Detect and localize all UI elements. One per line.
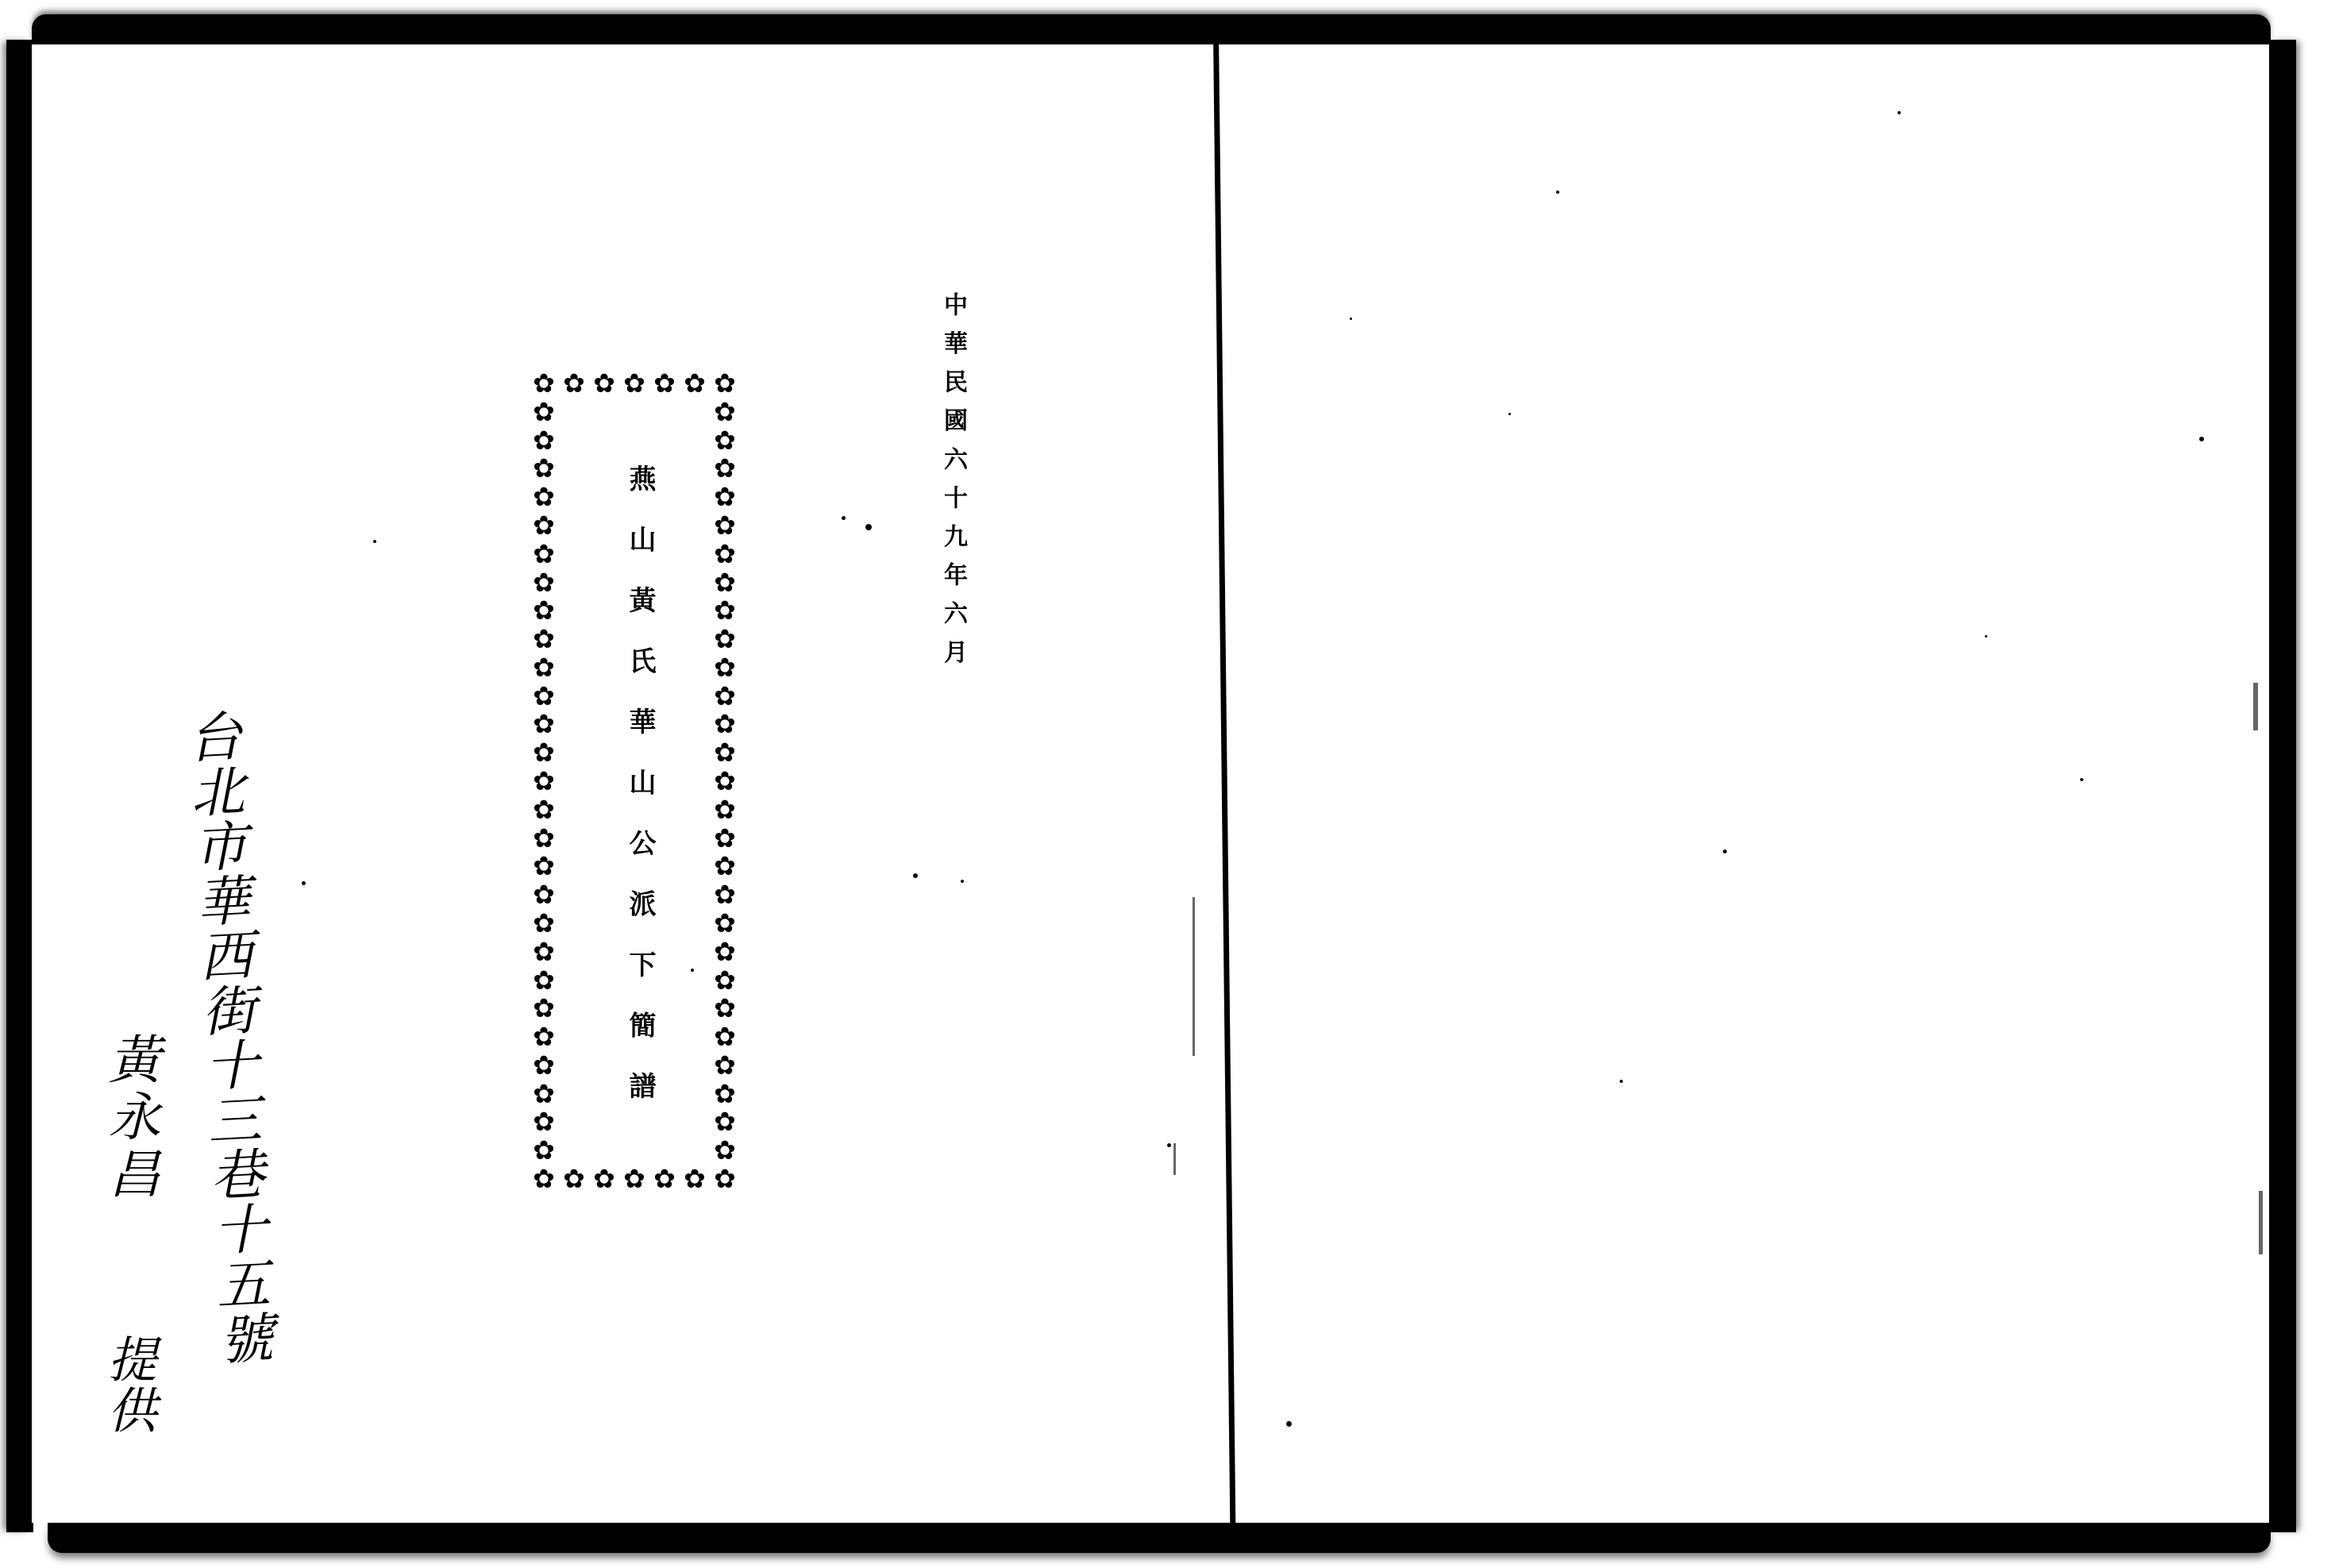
scanned-spread: ✿✿✿✿✿✿✿✿✿✿✿✿✿✿✿✿✿✿✿✿✿✿✿✿✿✿✿✿✿✿✿✿✿✿✿✿✿✿✿✿… <box>0 0 2335 1568</box>
scan-speck <box>1985 635 1987 638</box>
plum-flower-icon: ✿ <box>681 370 708 397</box>
plum-flower-icon: ✿ <box>530 967 557 994</box>
scan-streak <box>1193 897 1195 1056</box>
plum-flower-icon: ✿ <box>711 683 738 710</box>
plum-flower-icon: ✿ <box>530 910 557 937</box>
scan-speck <box>865 524 872 530</box>
scan-speck <box>913 873 918 878</box>
plum-flower-icon: ✿ <box>711 853 738 880</box>
plum-flower-icon: ✿ <box>711 483 738 510</box>
plum-flower-icon: ✿ <box>711 711 738 738</box>
scan-speck <box>2199 437 2204 441</box>
scan-speck <box>1620 1080 1623 1083</box>
plum-flower-icon: ✿ <box>711 370 738 397</box>
scan-speck <box>1556 191 1559 194</box>
plum-flower-icon: ✿ <box>591 1165 618 1192</box>
scan-speck <box>1167 1143 1171 1147</box>
plum-flower-icon: ✿ <box>530 711 557 738</box>
plum-flower-icon: ✿ <box>711 910 738 937</box>
scan-border-right <box>2269 40 2296 1532</box>
plum-flower-icon: ✿ <box>711 1108 738 1135</box>
plum-flower-icon: ✿ <box>530 427 557 454</box>
right-page <box>1232 44 2269 1523</box>
plum-flower-icon: ✿ <box>621 1165 648 1192</box>
scan-speck <box>1898 111 1901 114</box>
scan-speck <box>961 880 964 883</box>
plum-flower-icon: ✿ <box>711 995 738 1022</box>
plum-flower-icon: ✿ <box>530 1081 557 1108</box>
plum-flower-icon: ✿ <box>711 796 738 823</box>
plum-flower-icon: ✿ <box>621 370 648 397</box>
plum-flower-icon: ✿ <box>711 512 738 539</box>
plum-flower-icon: ✿ <box>711 1165 738 1192</box>
plum-flower-icon: ✿ <box>530 825 557 852</box>
scan-speck <box>1509 413 1511 415</box>
plum-flower-icon: ✿ <box>530 626 557 653</box>
plum-flower-icon: ✿ <box>711 825 738 852</box>
plum-flower-icon: ✿ <box>711 881 738 908</box>
handwritten-name: 黃永昌 <box>103 1032 156 1204</box>
publication-date: 中華民國六十九年六月 <box>935 292 970 678</box>
plum-flower-icon: ✿ <box>530 1052 557 1079</box>
plum-flower-icon: ✿ <box>530 370 557 397</box>
scan-speck <box>2080 778 2083 781</box>
plum-flower-icon: ✿ <box>711 626 738 653</box>
plum-flower-icon: ✿ <box>561 1165 588 1192</box>
plum-flower-icon: ✿ <box>651 370 678 397</box>
plum-flower-icon: ✿ <box>530 1023 557 1050</box>
plum-flower-icon: ✿ <box>681 1165 708 1192</box>
scan-speck <box>1350 318 1352 320</box>
plum-flower-icon: ✿ <box>530 938 557 965</box>
plum-flower-icon: ✿ <box>711 1052 738 1079</box>
scan-streak <box>1173 1143 1176 1175</box>
plum-flower-icon: ✿ <box>711 654 738 681</box>
scan-border-top <box>32 14 2271 44</box>
scan-speck <box>1723 849 1727 853</box>
scan-border-left <box>6 40 33 1532</box>
plum-flower-icon: ✿ <box>530 1165 557 1192</box>
plum-flower-icon: ✿ <box>530 995 557 1022</box>
plum-flower-icon: ✿ <box>711 1023 738 1050</box>
scan-speck <box>302 881 306 885</box>
plum-flower-icon: ✿ <box>530 597 557 624</box>
plum-flower-icon: ✿ <box>530 455 557 482</box>
plum-flower-icon: ✿ <box>530 796 557 823</box>
plum-flower-icon: ✿ <box>530 1108 557 1135</box>
plum-flower-icon: ✿ <box>711 1137 738 1164</box>
plum-flower-icon: ✿ <box>530 683 557 710</box>
handwritten-provided-by: 提供 <box>103 1334 152 1435</box>
plum-flower-icon: ✿ <box>711 427 738 454</box>
plum-flower-icon: ✿ <box>711 455 738 482</box>
plum-flower-icon: ✿ <box>711 569 738 596</box>
plum-flower-icon: ✿ <box>530 654 557 681</box>
scan-speck <box>1286 1421 1292 1427</box>
scan-streak <box>2253 683 2258 730</box>
scan-speck <box>373 540 376 543</box>
plum-flower-icon: ✿ <box>530 739 557 766</box>
plum-flower-icon: ✿ <box>711 938 738 965</box>
plum-flower-icon: ✿ <box>591 370 618 397</box>
plum-flower-icon: ✿ <box>530 569 557 596</box>
scan-speck <box>691 969 694 972</box>
plum-flower-icon: ✿ <box>651 1165 678 1192</box>
plum-flower-icon: ✿ <box>711 967 738 994</box>
plum-flower-icon: ✿ <box>530 512 557 539</box>
plum-flower-icon: ✿ <box>711 597 738 624</box>
plum-flower-icon: ✿ <box>530 483 557 510</box>
plum-flower-icon: ✿ <box>530 1137 557 1164</box>
plum-flower-icon: ✿ <box>711 1081 738 1108</box>
plum-flower-icon: ✿ <box>530 768 557 795</box>
plum-flower-icon: ✿ <box>561 370 588 397</box>
scan-speck <box>842 516 846 520</box>
book-title: 燕山黃氏華山公派下簡譜 <box>621 464 660 1133</box>
plum-flower-icon: ✿ <box>711 399 738 426</box>
scan-streak <box>2259 1191 2263 1254</box>
plum-flower-icon: ✿ <box>711 768 738 795</box>
plum-flower-icon: ✿ <box>711 541 738 568</box>
plum-flower-icon: ✿ <box>711 739 738 766</box>
plum-flower-icon: ✿ <box>530 853 557 880</box>
plum-flower-icon: ✿ <box>530 881 557 908</box>
plum-flower-icon: ✿ <box>530 541 557 568</box>
plum-flower-icon: ✿ <box>530 399 557 426</box>
scan-border-bottom <box>48 1523 2271 1553</box>
